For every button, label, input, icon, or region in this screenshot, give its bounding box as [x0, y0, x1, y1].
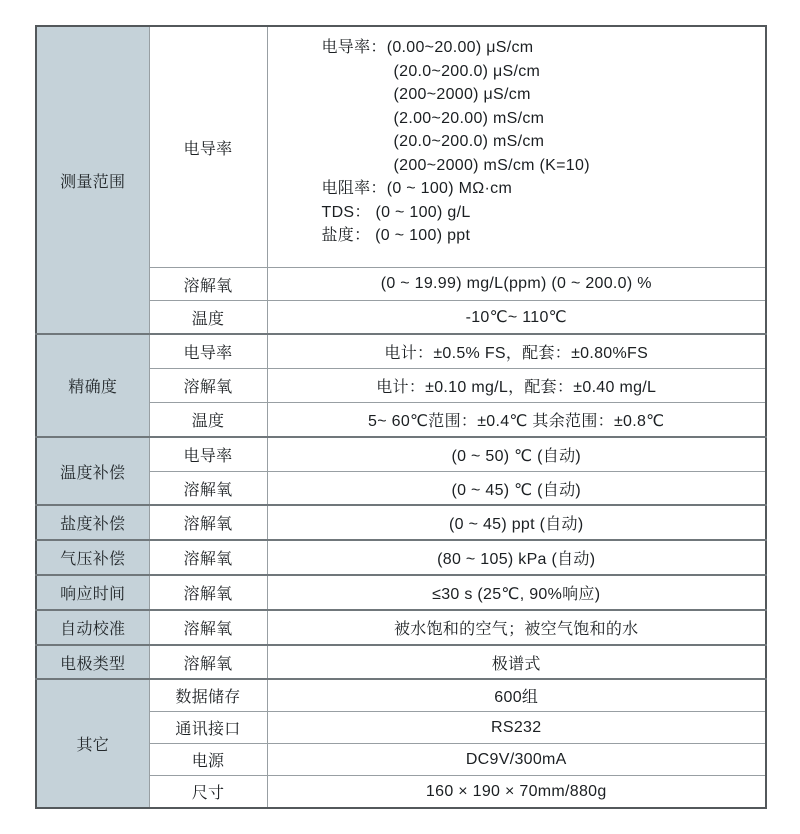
value-cell: (0 ~ 50) ℃ (自动): [267, 437, 766, 472]
table-row: 响应时间 溶解氧 ≤30 s (25℃, 90%响应): [36, 575, 766, 610]
category-cell-accuracy: 精确度: [36, 334, 149, 437]
value-cell: 5~ 60℃范围：±0.4℃ 其余范围：±0.8℃: [267, 403, 766, 438]
value-cell: 被水饱和的空气；被空气饱和的水: [267, 610, 766, 645]
param-cell: 电导率: [149, 437, 267, 472]
table-row: 盐度补偿 溶解氧 (0 ~ 45) ppt (自动): [36, 505, 766, 540]
range-line: (2.00~20.00) mS/cm: [322, 107, 766, 131]
category-cell-electrode-type: 电极类型: [36, 645, 149, 679]
param-cell: 电导率: [149, 334, 267, 369]
table-row: 气压补偿 溶解氧 (80 ~ 105) kPa (自动): [36, 540, 766, 575]
param-cell: 溶解氧: [149, 369, 267, 403]
range-line: (20.0~200.0) mS/cm: [322, 130, 766, 154]
param-cell: 溶解氧: [149, 540, 267, 575]
table-row: 测量范围 电导率 电导率：(0.00~20.00) μS/cm (20.0~20…: [36, 26, 766, 268]
category-cell-salinity-compensation: 盐度补偿: [36, 505, 149, 540]
table-row: 电极类型 溶解氧 极谱式: [36, 645, 766, 679]
table-row: 温度补偿 电导率 (0 ~ 50) ℃ (自动): [36, 437, 766, 472]
param-cell: 温度: [149, 301, 267, 335]
value-cell: (0 ~ 19.99) mg/L(ppm) (0 ~ 200.0) %: [267, 268, 766, 301]
spec-table: 测量范围 电导率 电导率：(0.00~20.00) μS/cm (20.0~20…: [35, 25, 767, 809]
page: 测量范围 电导率 电导率：(0.00~20.00) μS/cm (20.0~20…: [0, 0, 800, 834]
value-cell: 电计：±0.10 mg/L，配套：±0.40 mg/L: [267, 369, 766, 403]
table-row: 精确度 电导率 电计：±0.5% FS，配套：±0.80%FS: [36, 334, 766, 369]
value-cell: DC9V/300mA: [267, 744, 766, 776]
category-cell-temp-compensation: 温度补偿: [36, 437, 149, 505]
range-line: (200~2000) μS/cm: [322, 83, 766, 107]
param-cell: 尺寸: [149, 776, 267, 809]
value-cell: 电计：±0.5% FS，配套：±0.80%FS: [267, 334, 766, 369]
range-line: (20.0~200.0) μS/cm: [322, 60, 766, 84]
value-cell: RS232: [267, 712, 766, 744]
param-cell: 溶解氧: [149, 575, 267, 610]
param-cell: 溶解氧: [149, 472, 267, 506]
category-cell-auto-calibration: 自动校准: [36, 610, 149, 645]
value-cell: -10℃~ 110℃: [267, 301, 766, 335]
param-cell: 数据储存: [149, 679, 267, 712]
param-cell: 溶解氧: [149, 268, 267, 301]
category-cell-response-time: 响应时间: [36, 575, 149, 610]
param-cell: 电源: [149, 744, 267, 776]
category-cell-others: 其它: [36, 679, 149, 808]
value-cell: 极谱式: [267, 645, 766, 679]
table-row: 其它 数据储存 600组: [36, 679, 766, 712]
range-line: 电导率：(0.00~20.00) μS/cm: [322, 36, 766, 60]
param-cell: 通讯接口: [149, 712, 267, 744]
param-cell: 溶解氧: [149, 505, 267, 540]
value-cell: (0 ~ 45) ℃ (自动): [267, 472, 766, 506]
value-cell-conductivity-ranges: 电导率：(0.00~20.00) μS/cm (20.0~200.0) μS/c…: [267, 26, 766, 268]
param-cell: 温度: [149, 403, 267, 438]
value-cell: (80 ~ 105) kPa (自动): [267, 540, 766, 575]
category-cell-pressure-compensation: 气压补偿: [36, 540, 149, 575]
category-cell-measure-range: 测量范围: [36, 26, 149, 334]
range-line: 盐度： (0 ~ 100) ppt: [322, 224, 766, 248]
range-line: (200~2000) mS/cm (K=10): [322, 154, 766, 178]
param-cell: 电导率: [149, 26, 267, 268]
range-line: 电阻率：(0 ~ 100) MΩ·cm: [322, 177, 766, 201]
param-cell: 溶解氧: [149, 610, 267, 645]
range-line: TDS： (0 ~ 100) g/L: [322, 201, 766, 225]
param-cell: 溶解氧: [149, 645, 267, 679]
table-row: 自动校准 溶解氧 被水饱和的空气；被空气饱和的水: [36, 610, 766, 645]
value-cell: 160 × 190 × 70mm/880g: [267, 776, 766, 809]
value-cell: ≤30 s (25℃, 90%响应): [267, 575, 766, 610]
value-cell: (0 ~ 45) ppt (自动): [267, 505, 766, 540]
value-cell: 600组: [267, 679, 766, 712]
